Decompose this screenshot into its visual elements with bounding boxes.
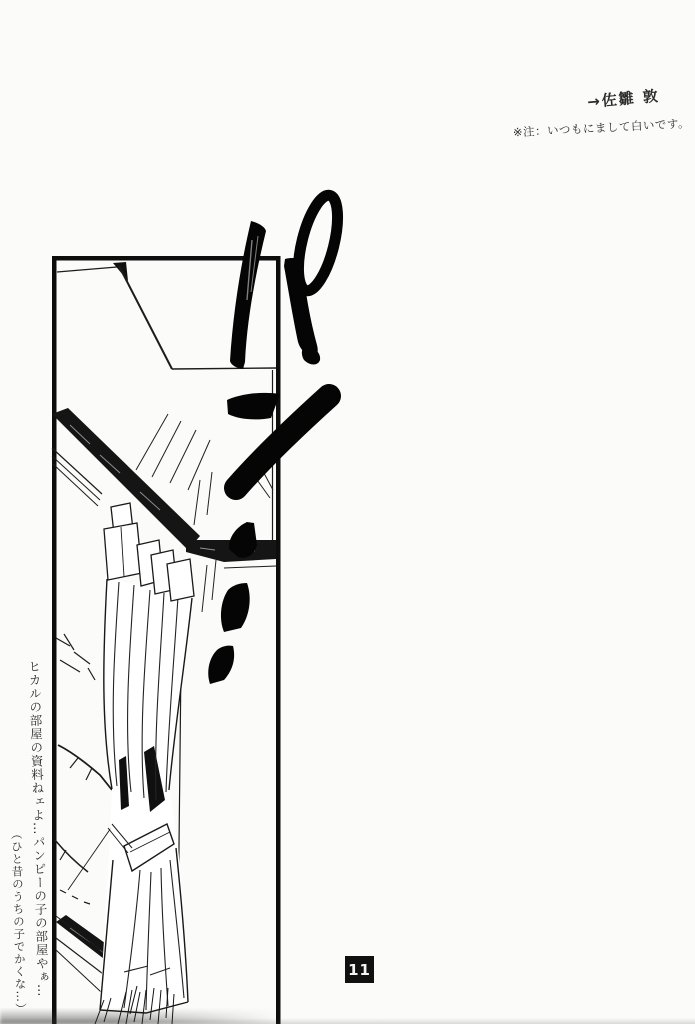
panel-artwork	[0, 0, 695, 1024]
page-number-badge: 11	[345, 956, 374, 983]
manga-page: →佐雛 敦 ※注：いつもにまして白いです。	[0, 0, 695, 1024]
scan-edge-strip	[0, 1018, 695, 1024]
